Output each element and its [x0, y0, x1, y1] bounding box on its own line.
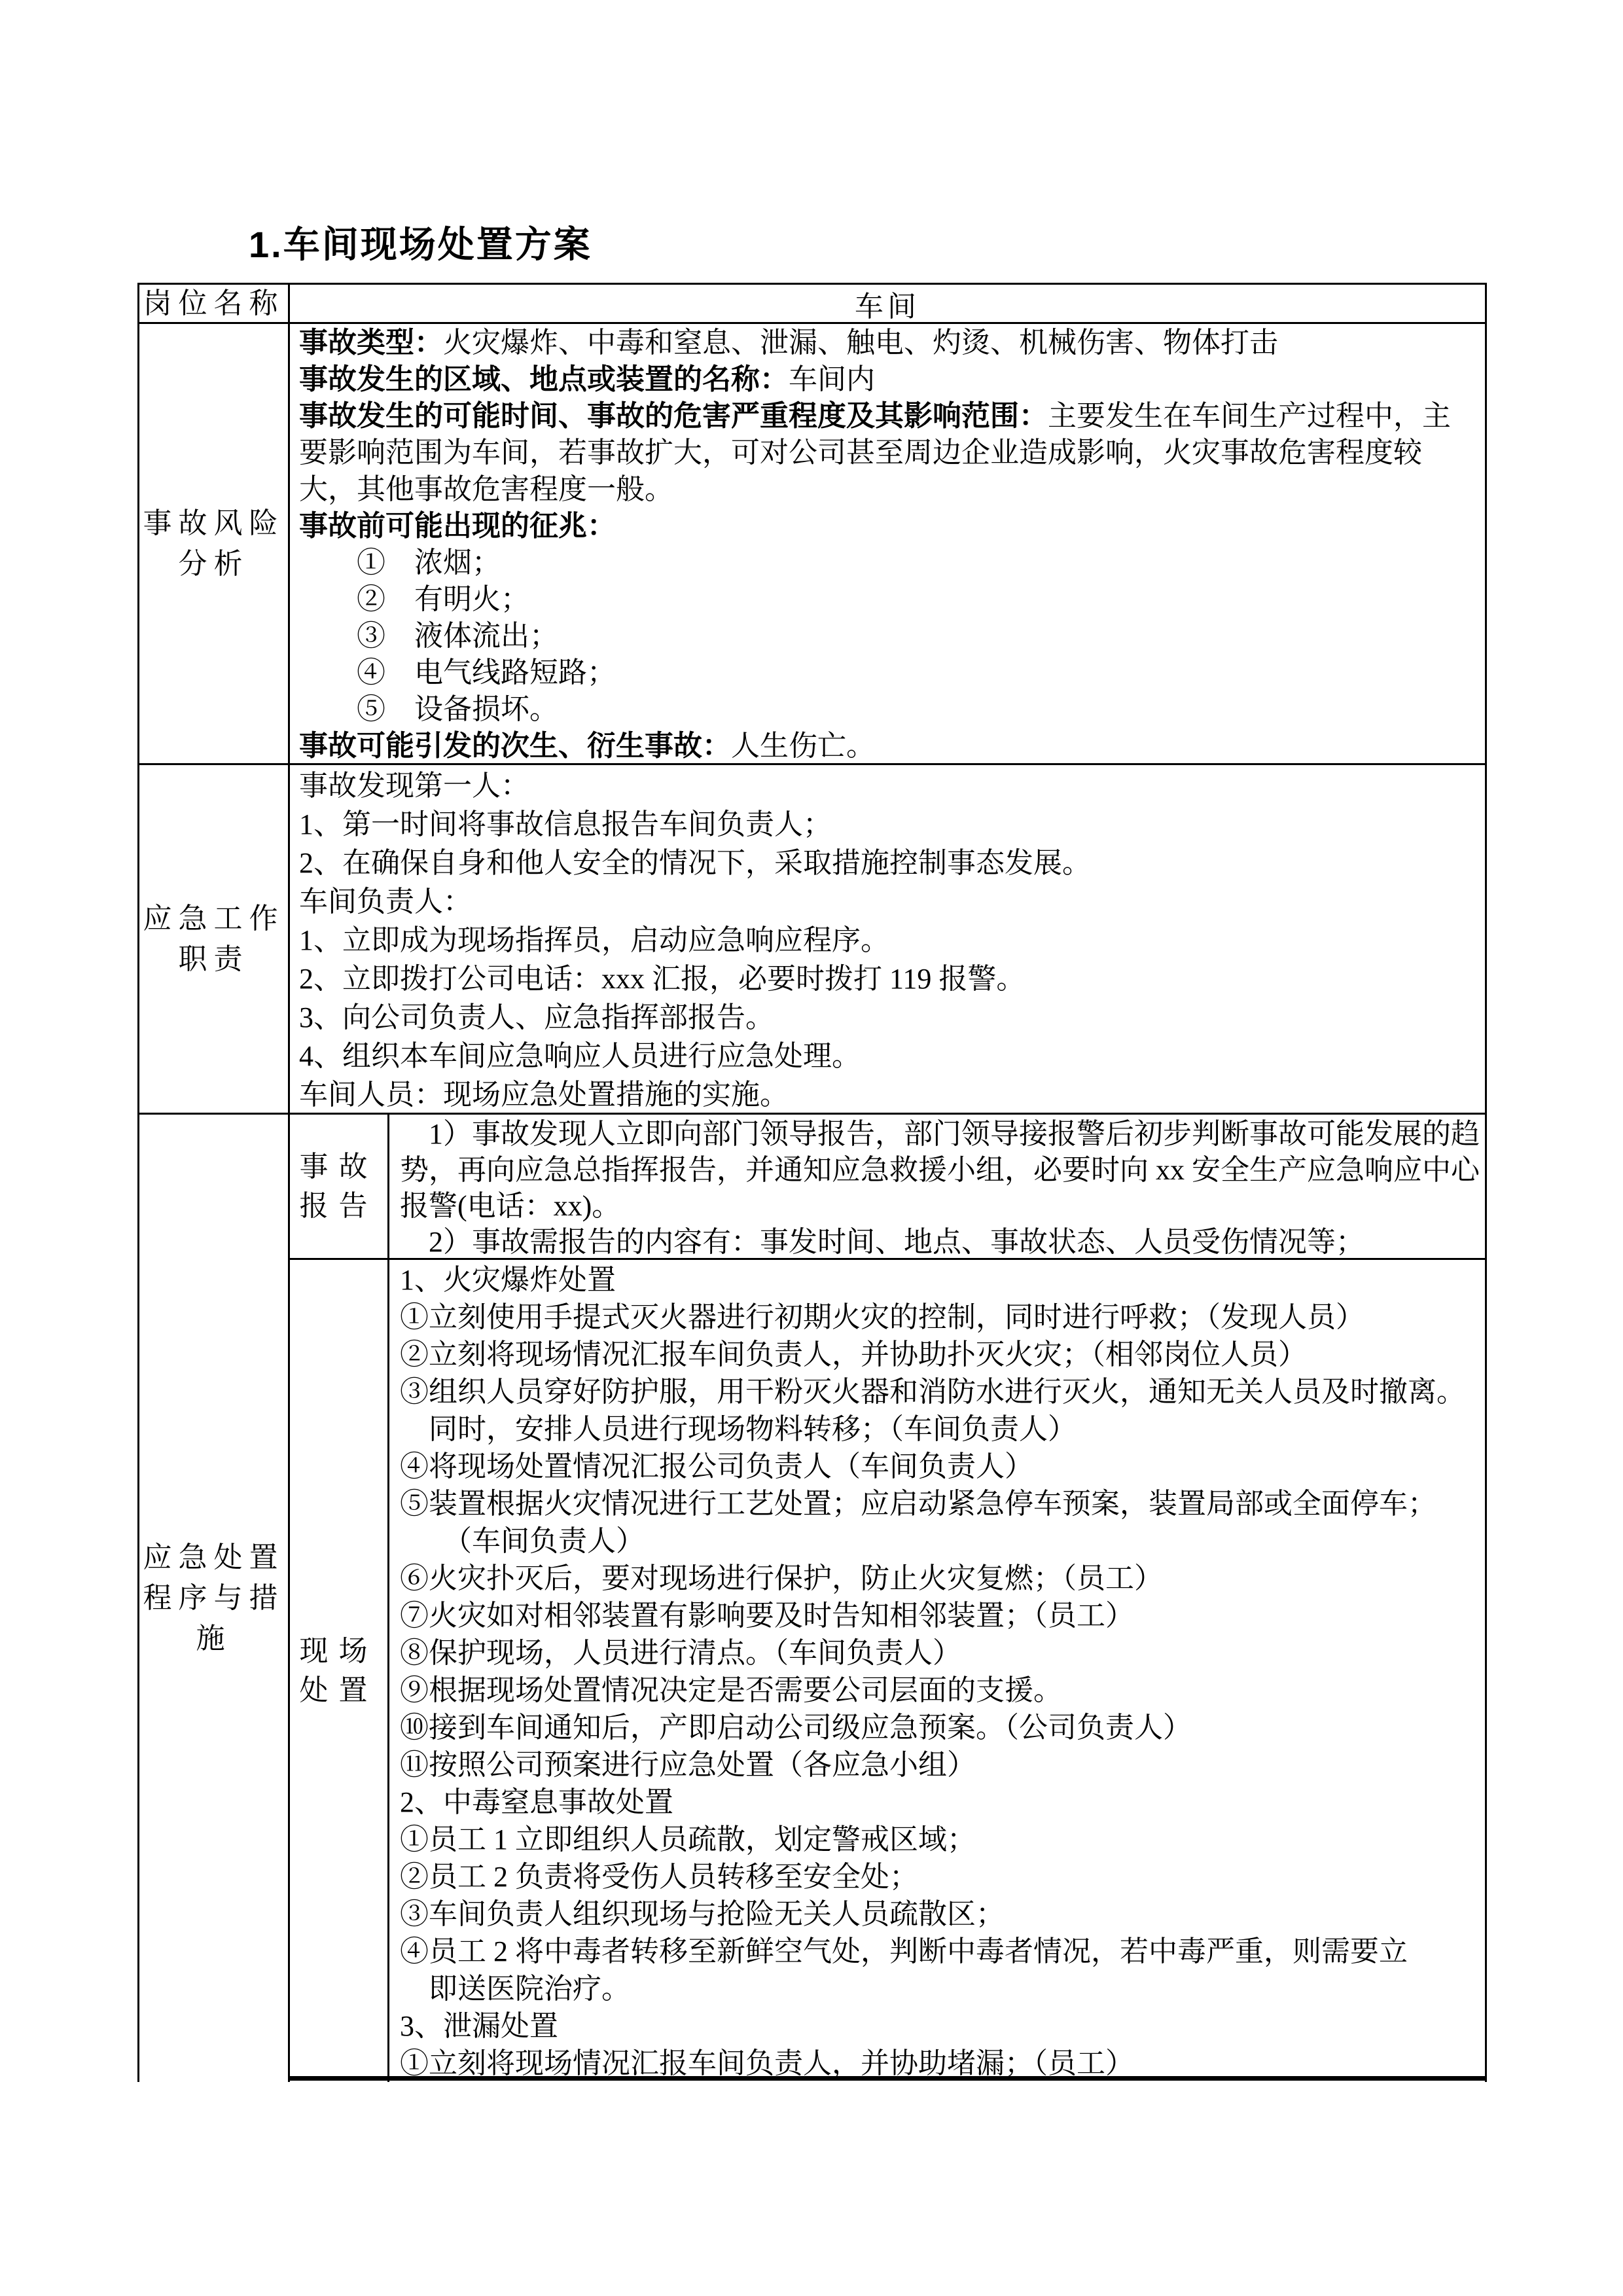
sublabel-accident-report: 事故报告 — [290, 1115, 389, 1258]
text-line: ⑪按照公司预案进行应急处置（各应急小组） — [400, 1746, 1485, 1784]
text-line: 1、第一时间将事故信息报告车间负责人； — [299, 805, 1485, 844]
table-bottom-border — [288, 2076, 1487, 2081]
text-line: 势，再向应急总指挥报告，并通知应急救援小组，必要时向 xx 安全生产应急响应中心 — [400, 1152, 1485, 1188]
text-line: 报告 — [300, 1187, 378, 1226]
text-line: 1、立即成为现场指挥员，启动应急响应程序。 — [299, 921, 1485, 960]
text-line: 事故发现第一人： — [299, 766, 1485, 805]
text-line: ⑩接到车间通知后，产即启动公司级应急预案。（公司负责人） — [400, 1709, 1485, 1746]
subrow-accident-report: 事故报告 1）事故发现人立即向部门领导报告，部门领导接报警后初步判断事故可能发展… — [290, 1115, 1485, 1260]
text-line: ④员工 2 将中毒者转移至新鲜空气处，判断中毒者情况，若中毒严重，则需要立 — [400, 1933, 1485, 1970]
row-label-procedures-measures: 应急处置程序与措施 — [139, 1115, 290, 2082]
row-label-risk-analysis: 事故风险分析 — [139, 324, 290, 763]
text-line: 程序与措 — [143, 1578, 285, 1619]
text-line: 事故可能引发的次生、衍生事故：人生伤亡。 — [299, 728, 1485, 763]
table-row-procedures-measures: 应急处置程序与措施 事故报告 1）事故发现人立即向部门领导报告，部门领导接报警后… — [139, 1115, 1485, 2082]
text-line: ⑦火灾如对相邻装置有影响要及时告知相邻装置；（员工） — [400, 1597, 1485, 1634]
text-line: ③组织人员穿好防护服，用干粉灭火器和消防水进行灭火，通知无关人员及时撤离。 — [400, 1373, 1485, 1410]
table-row-risk-analysis: 事故风险分析 事故类型：火灾爆炸、中毒和窒息、泄漏、触电、灼烫、机械伤害、物体打… — [139, 324, 1485, 765]
text-line: （车间负责人） — [400, 1522, 1485, 1560]
text-line: 事故类型：火灾爆炸、中毒和窒息、泄漏、触电、灼烫、机械伤害、物体打击 — [299, 325, 1485, 361]
header-cell-post-name: 岗位名称 — [139, 285, 290, 322]
text-line: 3、向公司负责人、应急指挥部报告。 — [299, 998, 1485, 1037]
document-page: 1.车间现场处置方案 岗位名称 车间 事故风险分析 事故类型：火灾爆炸、中毒和窒… — [0, 0, 1623, 2296]
row-label-emergency-duties: 应急工作职责 — [139, 765, 290, 1113]
disposal-plan-table: 岗位名称 车间 事故风险分析 事故类型：火灾爆炸、中毒和窒息、泄漏、触电、灼烫、… — [137, 283, 1487, 2082]
bold-label: 事故类型： — [299, 327, 443, 359]
text-line: 事故发生的可能时间、事故的危害严重程度及其影响范围：主要发生在车间生产过程中，主 — [299, 398, 1485, 435]
header-label: 岗位名称 — [143, 285, 285, 322]
text-line: 大，其他事故危害程度一般。 — [299, 471, 1485, 508]
bold-label: 事故发生的区域、地点或装置的名称： — [299, 363, 789, 395]
text-line: ④将现场处置情况汇报公司负责人（车间负责人） — [400, 1448, 1485, 1485]
text-line: ⑥火灾扑灭后，要对现场进行保护，防止火灾复燃；（员工） — [400, 1560, 1485, 1597]
text-line: 同时，安排人员进行现场物料转移；（车间负责人） — [400, 1410, 1485, 1448]
risk-analysis-content: 事故类型：火灾爆炸、中毒和窒息、泄漏、触电、灼烫、机械伤害、物体打击事故发生的区… — [290, 324, 1485, 763]
text-line: ⑨根据现场处置情况决定是否需要公司层面的支援。 — [400, 1672, 1485, 1709]
text-line: 事故前可能出现的征兆： — [299, 508, 1485, 545]
text-line: 事故 — [300, 1147, 378, 1187]
bold-label: 事故前可能出现的征兆： — [299, 510, 616, 542]
text-line: 应急工作 — [143, 899, 285, 939]
text-line: 要影响范围为车间，若事故扩大，可对公司甚至周边企业造成影响，火灾事故危害程度较 — [299, 435, 1485, 471]
text-line: 车间人员：现场应急处置措施的实施。 — [299, 1075, 1485, 1113]
text-line: 处置 — [300, 1671, 378, 1710]
text-line: 应急处置 — [143, 1537, 285, 1578]
onsite-disposal-content: 1、火灾爆炸处置①立刻使用手提式灭火器进行初期火灾的控制，同时进行呼救；（发现人… — [389, 1260, 1485, 2082]
text-line: 车间负责人： — [299, 882, 1485, 921]
text-line: ① 浓烟； — [299, 545, 1485, 581]
text-line: ③ 液体流出； — [299, 618, 1485, 655]
bold-label: 事故可能引发的次生、衍生事故： — [299, 730, 731, 762]
text-line: 2、中毒窒息事故处置 — [400, 1784, 1485, 1821]
text-line: 2）事故需报告的内容有：事发时间、地点、事故状态、人员受伤情况等； — [400, 1224, 1485, 1258]
text-line: ①员工 1 立即组织人员疏散，划定警戒区域； — [400, 1821, 1485, 1858]
header-cell-workshop: 车间 — [290, 285, 1485, 322]
text-line: 报警(电话：xx)。 — [400, 1188, 1485, 1224]
table-row-emergency-duties: 应急工作职责 事故发现第一人：1、第一时间将事故信息报告车间负责人；2、在确保自… — [139, 765, 1485, 1115]
bold-label: 事故发生的可能时间、事故的危害严重程度及其影响范围： — [299, 400, 1048, 432]
text-line: 1）事故发现人立即向部门领导报告，部门领导接报警后初步判断事故可能发展的趋 — [400, 1116, 1485, 1152]
emergency-duties-content: 事故发现第一人：1、第一时间将事故信息报告车间负责人；2、在确保自身和他人安全的… — [290, 765, 1485, 1113]
text-line: ②立刻将现场情况汇报车间负责人，并协助扑灭火灾；（相邻岗位人员） — [400, 1336, 1485, 1373]
subrow-onsite-disposal: 现场处置 1、火灾爆炸处置①立刻使用手提式灭火器进行初期火灾的控制，同时进行呼救… — [290, 1260, 1485, 2082]
text-line: ④ 电气线路短路； — [299, 655, 1485, 691]
table-header-row: 岗位名称 车间 — [139, 285, 1485, 324]
text-line: ③车间负责人组织现场与抢险无关人员疏散区； — [400, 1895, 1485, 1933]
text-line: 1、火灾爆炸处置 — [400, 1261, 1485, 1299]
text-line: 事故发生的区域、地点或装置的名称：车间内 — [299, 361, 1485, 398]
procedures-subrows: 事故报告 1）事故发现人立即向部门领导报告，部门领导接报警后初步判断事故可能发展… — [290, 1115, 1485, 2082]
text-line: ⑤装置根据火灾情况进行工艺处置；应启动紧急停车预案，装置局部或全面停车； — [400, 1485, 1485, 1522]
text-line: 2、立即拨打公司电话：xxx 汇报，必要时拨打 119 报警。 — [299, 960, 1485, 998]
text-line: ⑧保护现场，人员进行清点。（车间负责人） — [400, 1634, 1485, 1672]
text-line: ①立刻使用手提式灭火器进行初期火灾的控制，同时进行呼救；（发现人员） — [400, 1299, 1485, 1336]
text-line: 职责 — [179, 939, 249, 980]
text-line: 事故风险 — [143, 503, 285, 544]
text-line: 3、泄漏处置 — [400, 2007, 1485, 2045]
text-line: 分析 — [179, 544, 249, 584]
text-line: ② 有明火； — [299, 581, 1485, 618]
text-line: ⑤ 设备损坏。 — [299, 691, 1485, 728]
text-line: 4、组织本车间应急响应人员进行应急处理。 — [299, 1037, 1485, 1075]
text-line: 2、在确保自身和他人安全的情况下，采取措施控制事态发展。 — [299, 844, 1485, 882]
text-line: 即送医院治疗。 — [400, 1970, 1485, 2007]
sublabel-onsite-disposal: 现场处置 — [290, 1260, 389, 2082]
accident-report-content: 1）事故发现人立即向部门领导报告，部门领导接报警后初步判断事故可能发展的趋势，再… — [389, 1115, 1485, 1258]
text-line: 施 — [196, 1619, 232, 1659]
page-title: 1.车间现场处置方案 — [249, 216, 592, 268]
text-line: ②员工 2 负责将受伤人员转移至安全处； — [400, 1858, 1485, 1895]
text-line: 现场 — [300, 1632, 378, 1671]
header-value: 车间 — [855, 285, 920, 322]
